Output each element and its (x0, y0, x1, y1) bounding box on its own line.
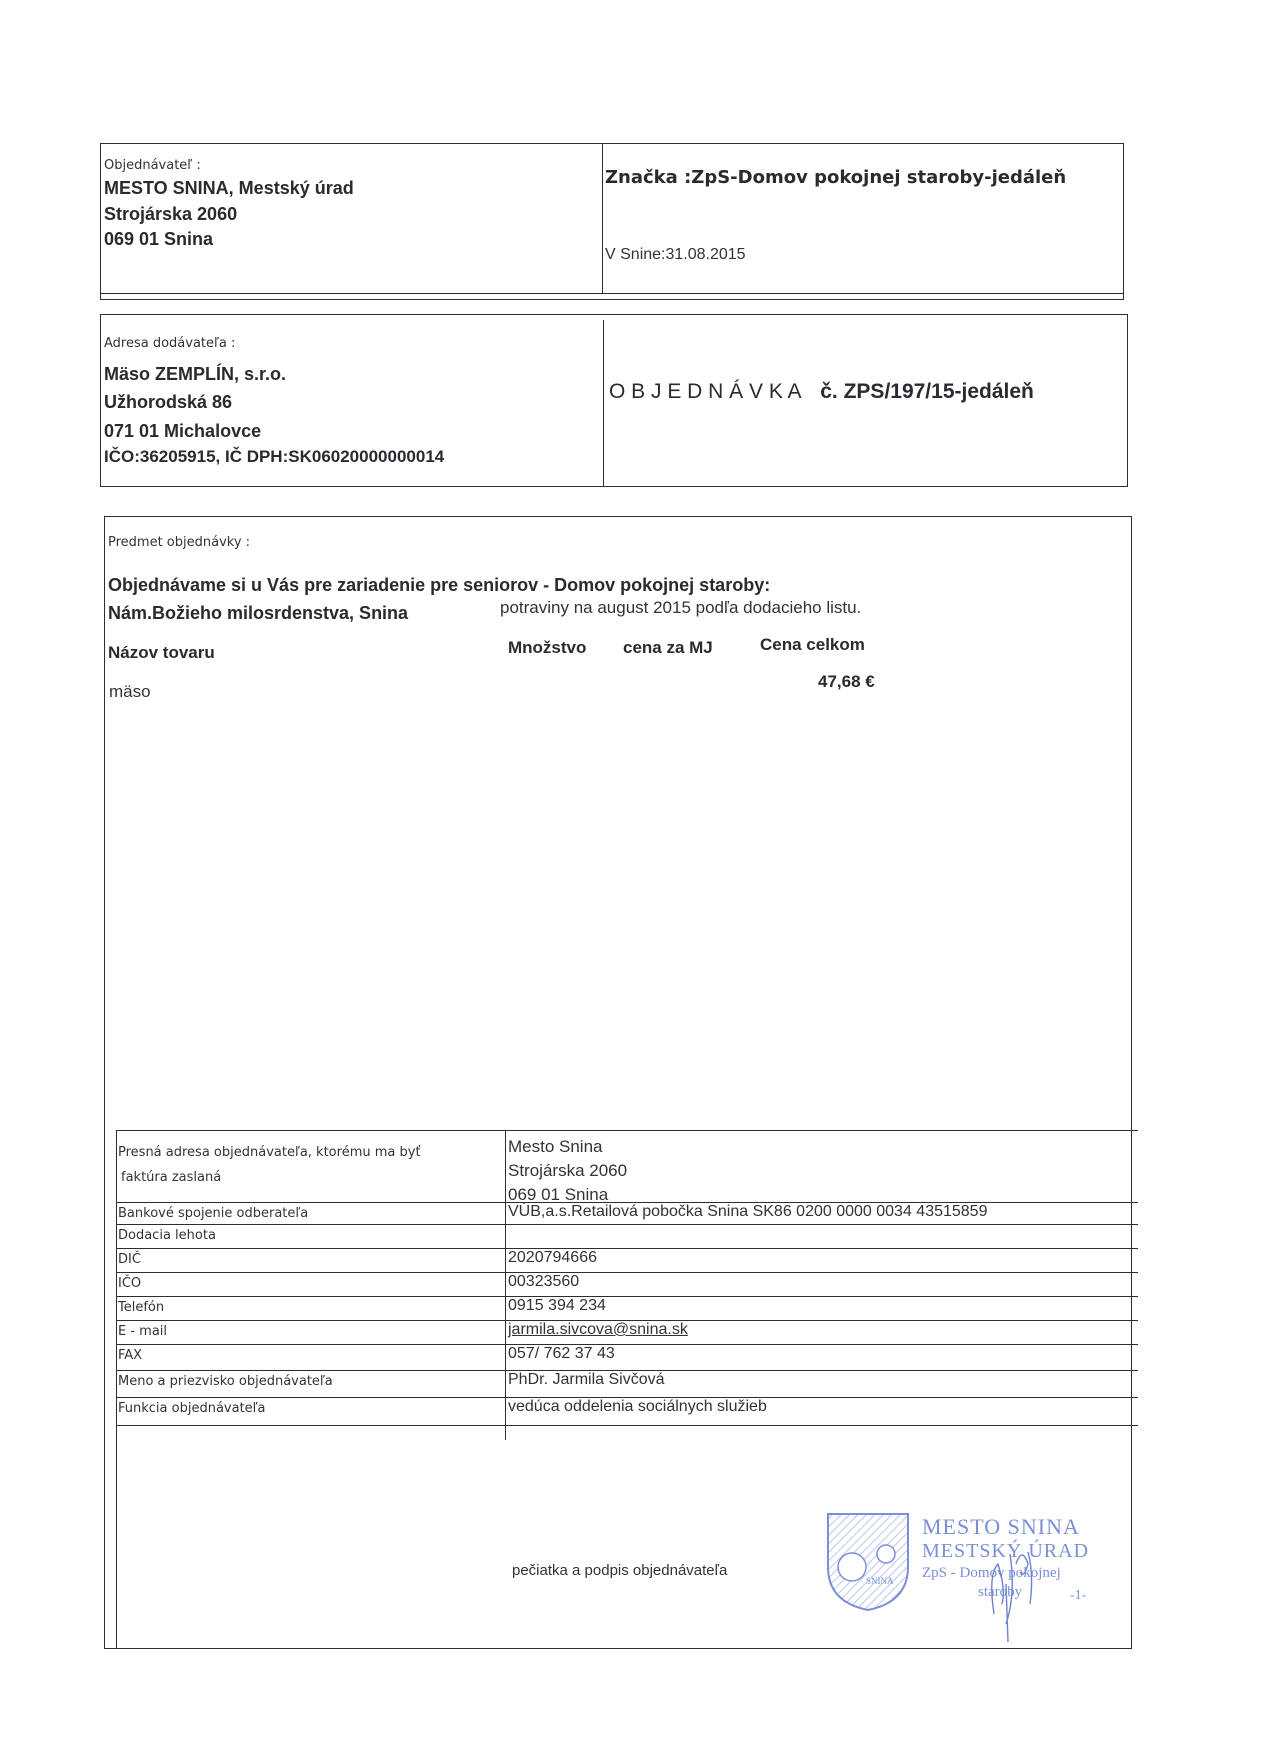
subject-line2-left: Nám.Božieho milosrdenstva, Snina (108, 603, 408, 624)
table-top (116, 1130, 1138, 1131)
order-title: O B J E D N Á V K A č. ZPS/197/15-jedále… (609, 380, 1034, 404)
supplier-city: 071 01 Michalovce (104, 421, 261, 442)
column-unit-price: cena za MJ (623, 638, 713, 658)
subject-label: Predmet objednávky : (108, 535, 250, 550)
table-row-value: vedúca oddelenia sociálnych služieb (508, 1398, 767, 1416)
orderer-street: Strojárska 2060 (104, 204, 237, 225)
table-row-label: Funkcia objednávateľa (118, 1401, 266, 1416)
invoice-address-line: Strojárska 2060 (508, 1161, 627, 1181)
divider (100, 293, 1124, 294)
reference-tag: Značka :ZpS-Domov pokojnej staroby-jedál… (605, 167, 1066, 188)
table-row-divider (116, 1296, 1138, 1297)
coat-of-arms-icon: SNINA (826, 1512, 910, 1612)
divider (603, 320, 604, 487)
table-row-value: VÚB,a.s.Retailová pobočka Snina SK86 020… (508, 1203, 987, 1221)
invoice-address-label-2: faktúra zaslaná (121, 1170, 221, 1185)
table-row-value: 057/ 762 37 43 (508, 1345, 615, 1363)
table-row-label: IČO (118, 1276, 141, 1291)
item-total: 47,68 € (818, 672, 875, 692)
column-total: Cena celkom (760, 635, 865, 655)
item-name: mäso (109, 682, 151, 702)
table-row-value: 2020794666 (508, 1249, 597, 1267)
stamp: SNINA MESTO SNINA MESTSKÝ ÚRAD ZpS - Dom… (826, 1508, 1126, 1618)
table-row-divider (116, 1248, 1138, 1249)
table-row-value: PhDr. Jarmila Sivčová (508, 1371, 665, 1389)
invoice-address-label: Presná adresa objednávateľa, ktorému ma … (118, 1145, 421, 1160)
order-number: č. ZPS/197/15-jedáleň (820, 380, 1034, 403)
table-row-label: FAX (118, 1348, 142, 1363)
table-row-label: Bankové spojenie odberateľa (118, 1206, 308, 1221)
subject-box (104, 516, 1132, 1649)
signature-icon (976, 1534, 1056, 1644)
divider (602, 143, 603, 293)
svg-text:SNINA: SNINA (866, 1576, 894, 1586)
orderer-name: MESTO SNINA, Mestský úrad (104, 178, 354, 199)
table-divider (505, 1130, 506, 1440)
signature-label: pečiatka a podpis objednávateľa (512, 1562, 727, 1579)
table-row-label: Meno a priezvisko objednávateľa (118, 1374, 333, 1389)
subject-line2-right: potraviny na august 2015 podľa dodacieho… (500, 598, 861, 618)
table-bottom (116, 1425, 1138, 1426)
orderer-label: Objednávateľ : (104, 158, 201, 173)
table-row-label: Telefón (118, 1300, 164, 1315)
column-quantity: Množstvo (508, 638, 586, 658)
column-item: Názov tovaru (108, 643, 215, 663)
supplier-label: Adresa dodávateľa : (104, 336, 235, 351)
table-row-label: Dodacia lehota (118, 1228, 216, 1243)
table-row-divider (116, 1272, 1138, 1273)
table-row-value: 0915 394 234 (508, 1297, 606, 1315)
table-row-divider (116, 1344, 1138, 1345)
orderer-city: 069 01 Snina (104, 229, 213, 250)
supplier-street: Užhorodská 86 (104, 392, 232, 413)
table-row-label: DIČ (118, 1252, 141, 1267)
invoice-address-line: Mesto Snina (508, 1137, 603, 1157)
place-date: V Snine:31.08.2015 (605, 246, 746, 264)
table-left-edge (116, 1130, 117, 1648)
table-row-divider (116, 1224, 1138, 1225)
table-row-value: 00323560 (508, 1273, 579, 1291)
subject-line1: Objednávame si u Vás pre zariadenie pre … (108, 575, 770, 596)
email-link[interactable]: jarmila.sivcova@snina.sk (508, 1321, 688, 1339)
supplier-name: Mäso ZEMPLÍN, s.r.o. (104, 364, 286, 385)
order-title-text: O B J E D N Á V K A (609, 380, 800, 403)
page-mark: -1- (1070, 1588, 1086, 1604)
table-row-label: E - mail (118, 1324, 167, 1339)
supplier-ids: IČO:36205915, IČ DPH:SK06020000000014 (104, 447, 444, 467)
